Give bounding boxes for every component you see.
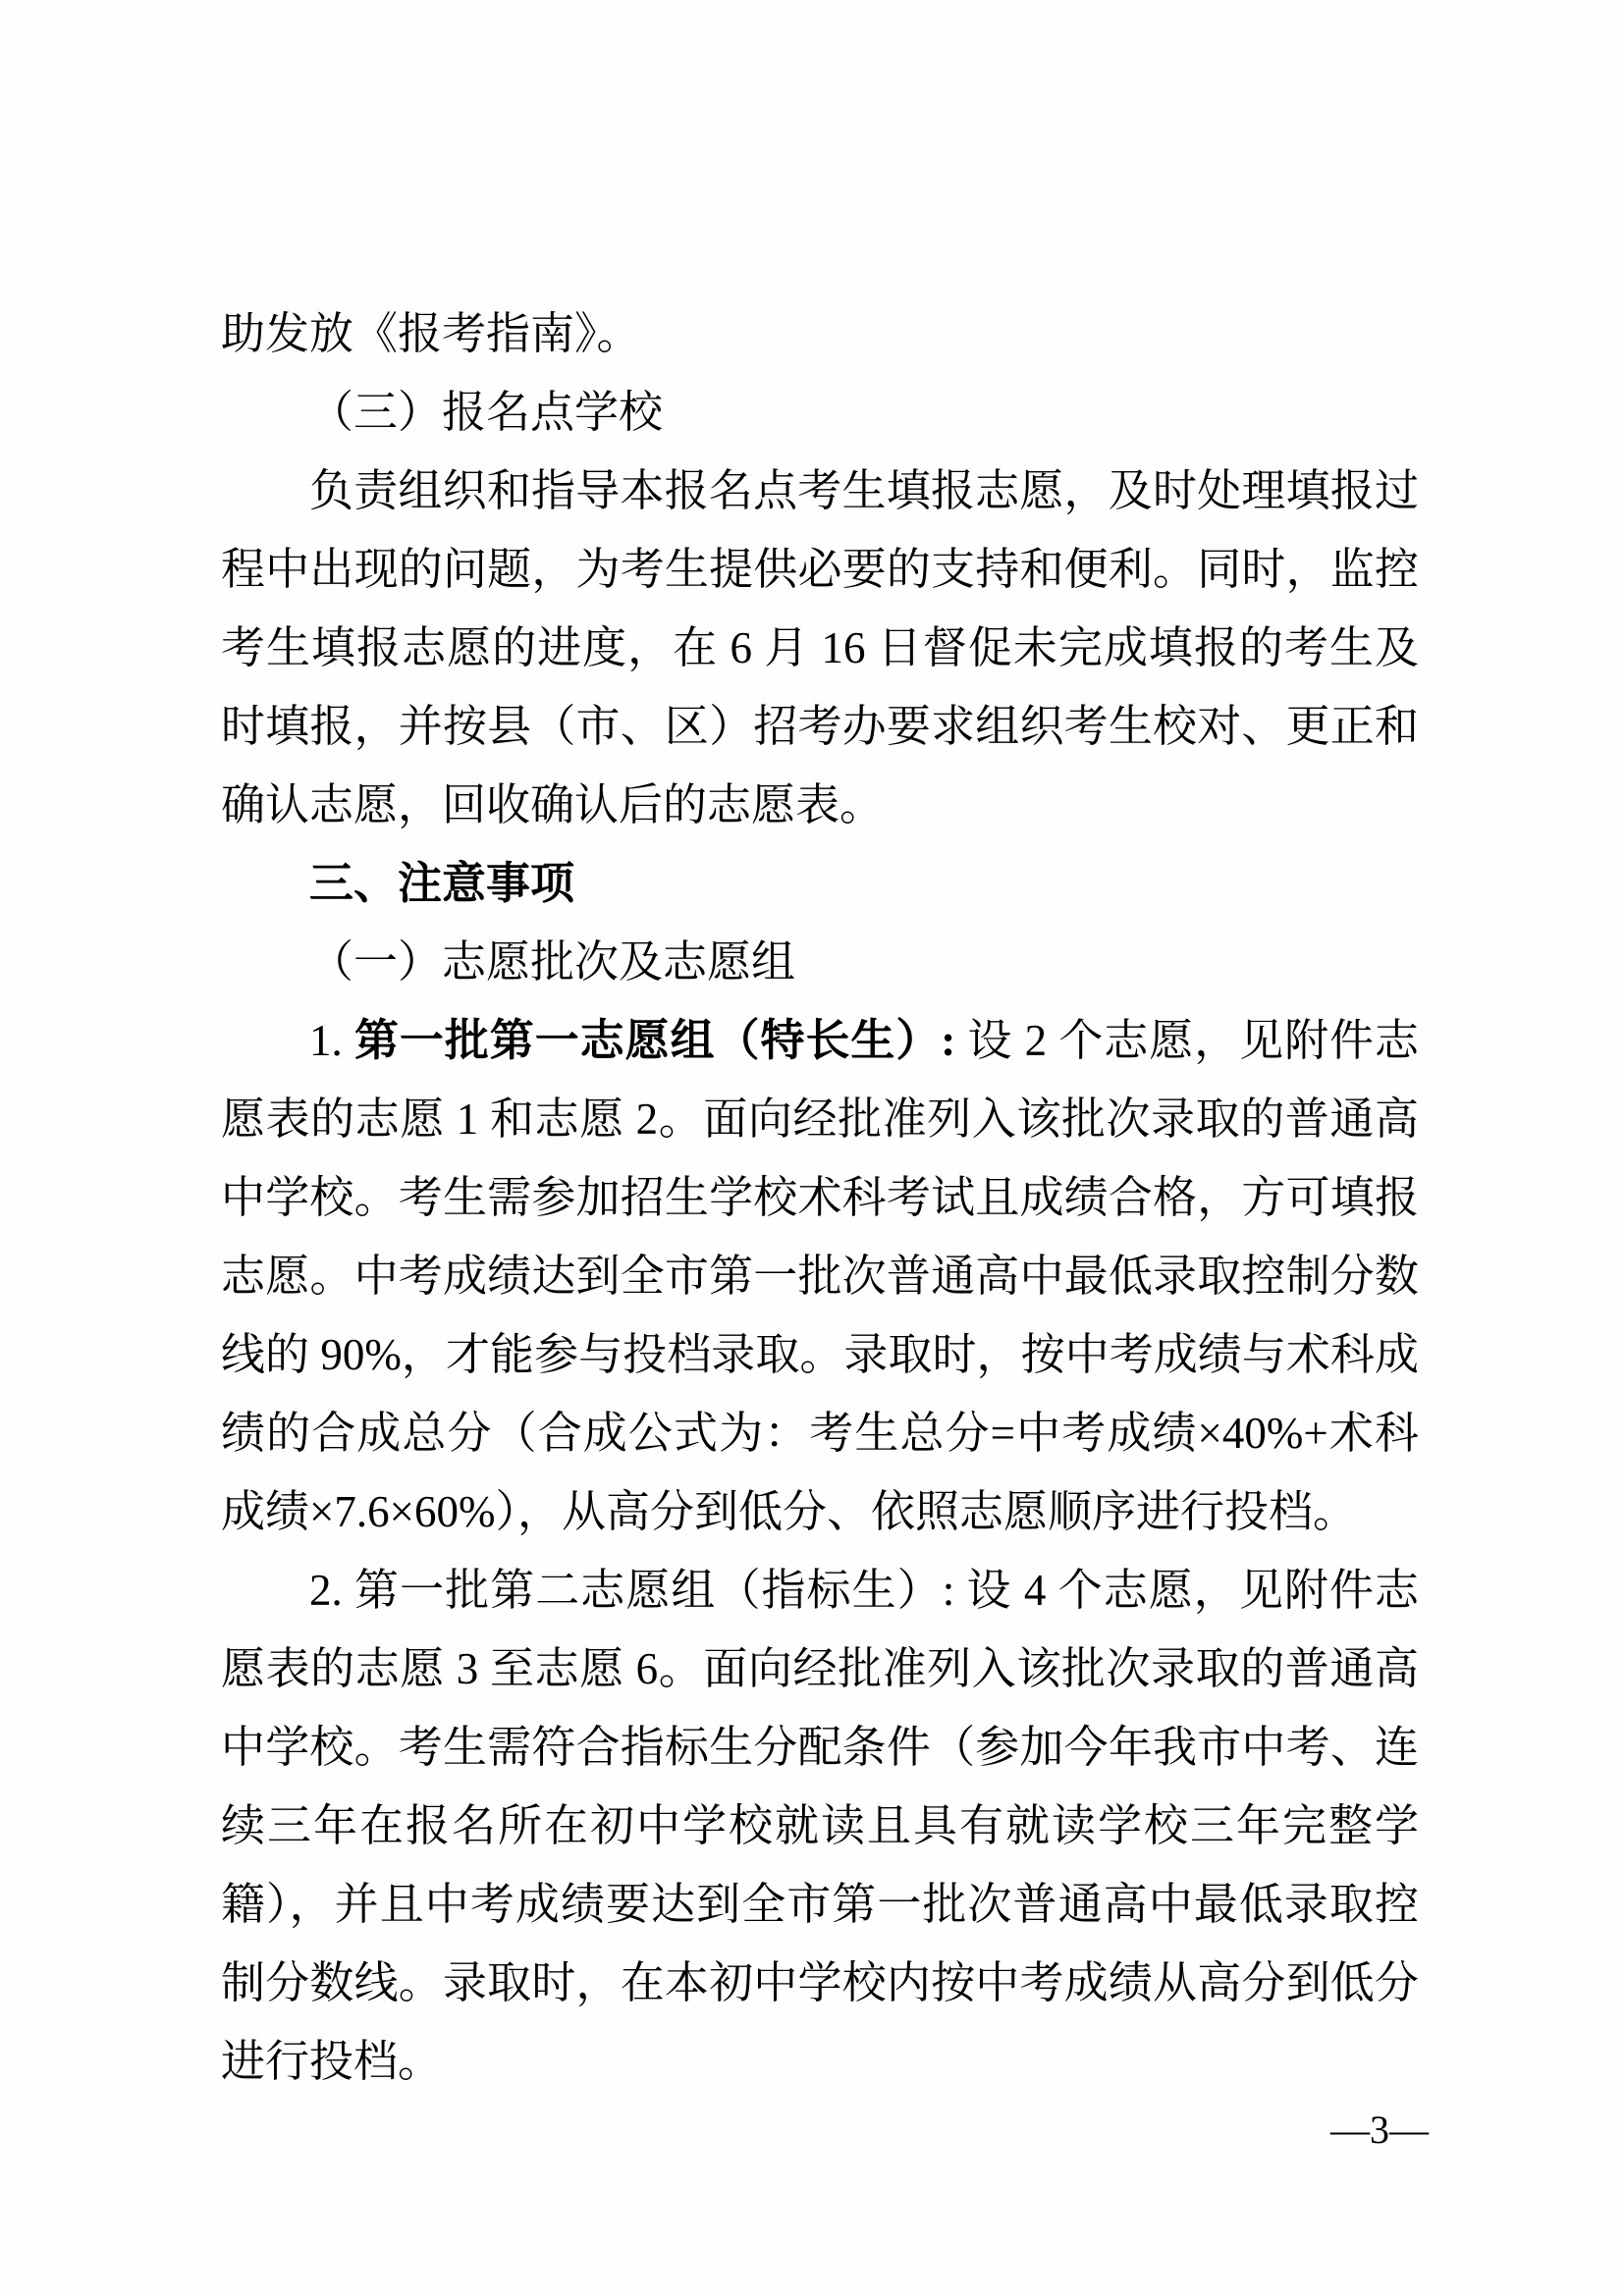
heading-section-3-registration-point-schools: （三）报名点学校 (221, 373, 1419, 452)
document-page: 助发放《报考指南》。（三）报名点学校负责组织和指导本报名点考生填报志愿，及时处理… (0, 0, 1624, 2296)
text-run: 负责组织和指导本报名点考生填报志愿，及时处理填报过程中出现的问题，为考生提供必要… (221, 466, 1419, 829)
page-number: —3— (1316, 2107, 1443, 2154)
heading-section-three-notes: 三、注意事项 (221, 844, 1419, 923)
para-guide-distribution-continuation: 助发放《报考指南》。 (221, 294, 1419, 373)
heading-subsection-1-volunteer-batches-groups: （一）志愿批次及志愿组 (221, 923, 1419, 1001)
para-registration-point-duties: 负责组织和指导本报名点考生填报志愿，及时处理填报过程中出现的问题，为考生提供必要… (221, 452, 1419, 844)
text-run: 助发放《报考指南》。 (221, 309, 641, 358)
para-item-1-first-batch-first-group-special-students: 1. 第一批第一志愿组（特长生）: 设 2 个志愿，见附件志愿表的志愿 1 和志… (221, 1001, 1419, 1551)
document-body: 助发放《报考指南》。（三）报名点学校负责组织和指导本报名点考生填报志愿，及时处理… (221, 294, 1419, 2101)
text-run: （一）志愿批次及志愿组 (309, 937, 795, 987)
text-run: 1. (309, 1016, 354, 1065)
text-run: 2. 第一批第二志愿组（指标生）: 设 4 个志愿，见附件志愿表的志愿 3 至志… (221, 1566, 1419, 2086)
text-run: 设 2 个志愿，见附件志愿表的志愿 1 和志愿 2。面向经批准列入该批次录取的普… (221, 1016, 1419, 1536)
text-run: 第一批第一志愿组（特长生）: (354, 1016, 955, 1065)
para-item-2-first-batch-second-group-index-students: 2. 第一批第二志愿组（指标生）: 设 4 个志愿，见附件志愿表的志愿 3 至志… (221, 1551, 1419, 2101)
text-run: （三）报名点学校 (309, 388, 663, 437)
text-run: 三、注意事项 (309, 858, 574, 908)
